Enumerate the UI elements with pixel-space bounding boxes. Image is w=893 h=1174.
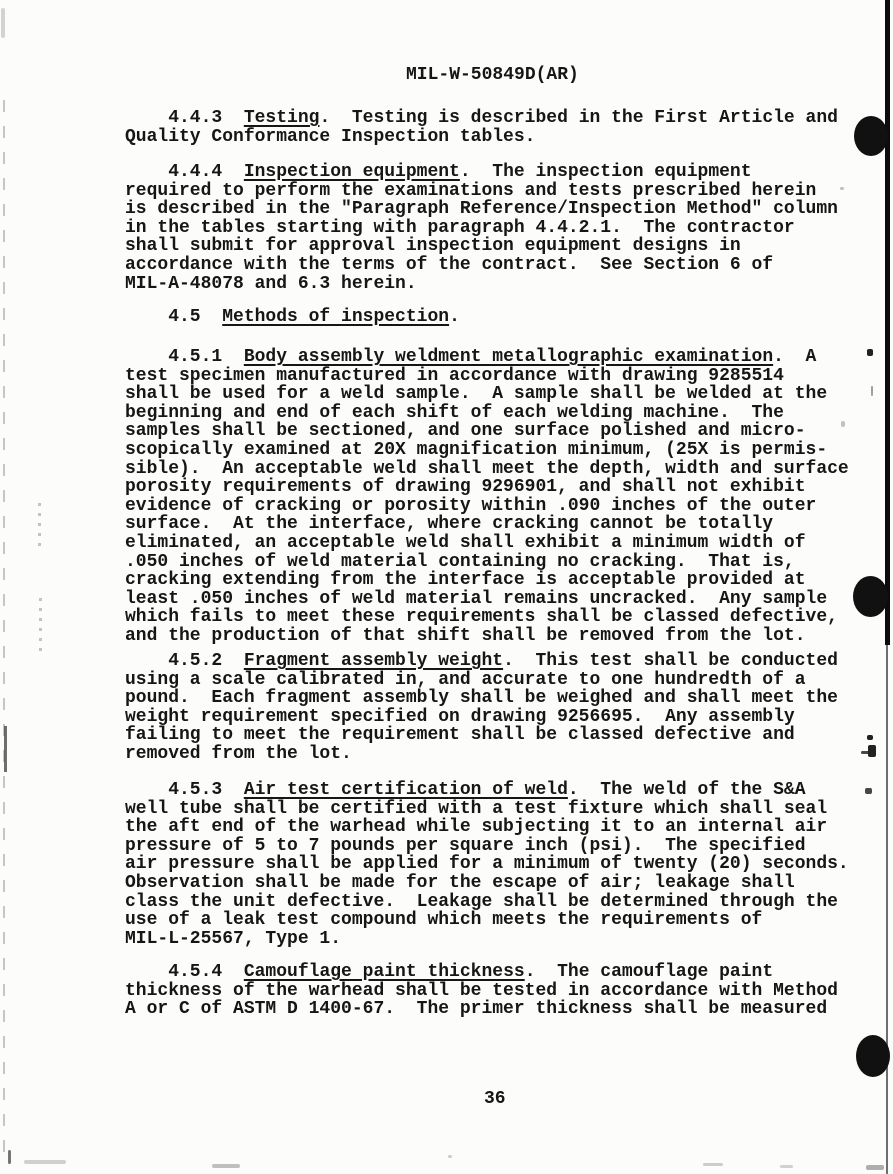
scan-speck: [865, 788, 872, 794]
paragraph-4.4.3: 4.4.3 Testing. Testing is described in t…: [125, 109, 838, 146]
paragraph-title: Fragment assembly weight: [244, 651, 503, 671]
paragraph-title: Camouflage paint thickness: [244, 962, 525, 982]
document-text-layer: MIL-W-50849D(AR) 4.4.3 Testing. Testing …: [0, 0, 893, 1174]
paragraph-title: Body assembly weldment metallographic ex…: [244, 347, 773, 367]
paragraph-4.5.4: 4.5.4 Camouflage paint thickness. The ca…: [125, 963, 838, 1019]
scan-border-line-right-lower: [886, 645, 888, 1174]
scan-speck: [8, 1150, 11, 1164]
scan-dash-left: [4, 726, 7, 772]
paragraph-4.5.3: 4.5.3 Air test certification of weld. Th…: [125, 781, 849, 948]
binding-hole-mark-top: [854, 116, 888, 156]
page-number: 36: [484, 1090, 506, 1109]
scan-speck: [866, 1165, 884, 1170]
scan-speck: [703, 1163, 723, 1166]
scan-border-line-right-upper: [885, 0, 890, 645]
paragraph-4.5.1: 4.5.1 Body assembly weldment metallograp…: [125, 348, 849, 646]
paragraph-number: 4.5.3: [125, 780, 244, 800]
scan-dot-marks-1: [38, 503, 41, 549]
paragraph-number: 4.4.3: [125, 108, 244, 128]
scan-speck: [1, 8, 5, 38]
document-header: MIL-W-50849D(AR): [406, 66, 579, 85]
paragraph-number: 4.5.4: [125, 962, 244, 982]
scan-speck: [448, 1155, 452, 1158]
paragraph-number: 4.5.2: [125, 651, 244, 671]
scan-speck: [780, 1165, 793, 1168]
scan-speck: [867, 349, 873, 356]
paragraph-body: . The weld of the S&A well tube shall be…: [125, 780, 849, 949]
paragraph-4.5.2: 4.5.2 Fragment assembly weight. This tes…: [125, 652, 838, 764]
scanned-document-page: MIL-W-50849D(AR) 4.4.3 Testing. Testing …: [0, 0, 893, 1174]
scan-border-line-left: [3, 100, 5, 1162]
scan-speck: [24, 1160, 66, 1164]
paragraph-number: 4.5: [125, 307, 222, 327]
paragraph-body: . The inspection equipment required to p…: [125, 162, 838, 294]
paragraph-body: . A test specimen manufactured in accord…: [125, 347, 849, 646]
scan-speck: [840, 187, 844, 190]
paragraph-body: .: [449, 307, 460, 327]
paragraph-number: 4.4.4: [125, 162, 244, 182]
scan-speck: [871, 386, 873, 396]
paragraph-title: Testing: [244, 108, 320, 128]
paragraph-4.5: 4.5 Methods of inspection.: [125, 308, 460, 327]
binding-hole-mark-bottom: [856, 1035, 890, 1077]
scan-dot-marks-2: [39, 598, 42, 654]
paragraph-title: Inspection equipment: [244, 162, 460, 182]
paragraph-number: 4.5.1: [125, 347, 244, 367]
paragraph-4.4.4: 4.4.4 Inspection equipment. The inspecti…: [125, 163, 838, 293]
binding-hole-mark-middle: [853, 576, 888, 617]
scan-speck: [867, 735, 873, 740]
scan-speck: [868, 745, 876, 757]
scan-speck: [841, 421, 845, 427]
scan-speck: [212, 1164, 240, 1168]
paragraph-title: Methods of inspection: [222, 307, 449, 327]
paragraph-title: Air test certification of weld: [244, 780, 568, 800]
